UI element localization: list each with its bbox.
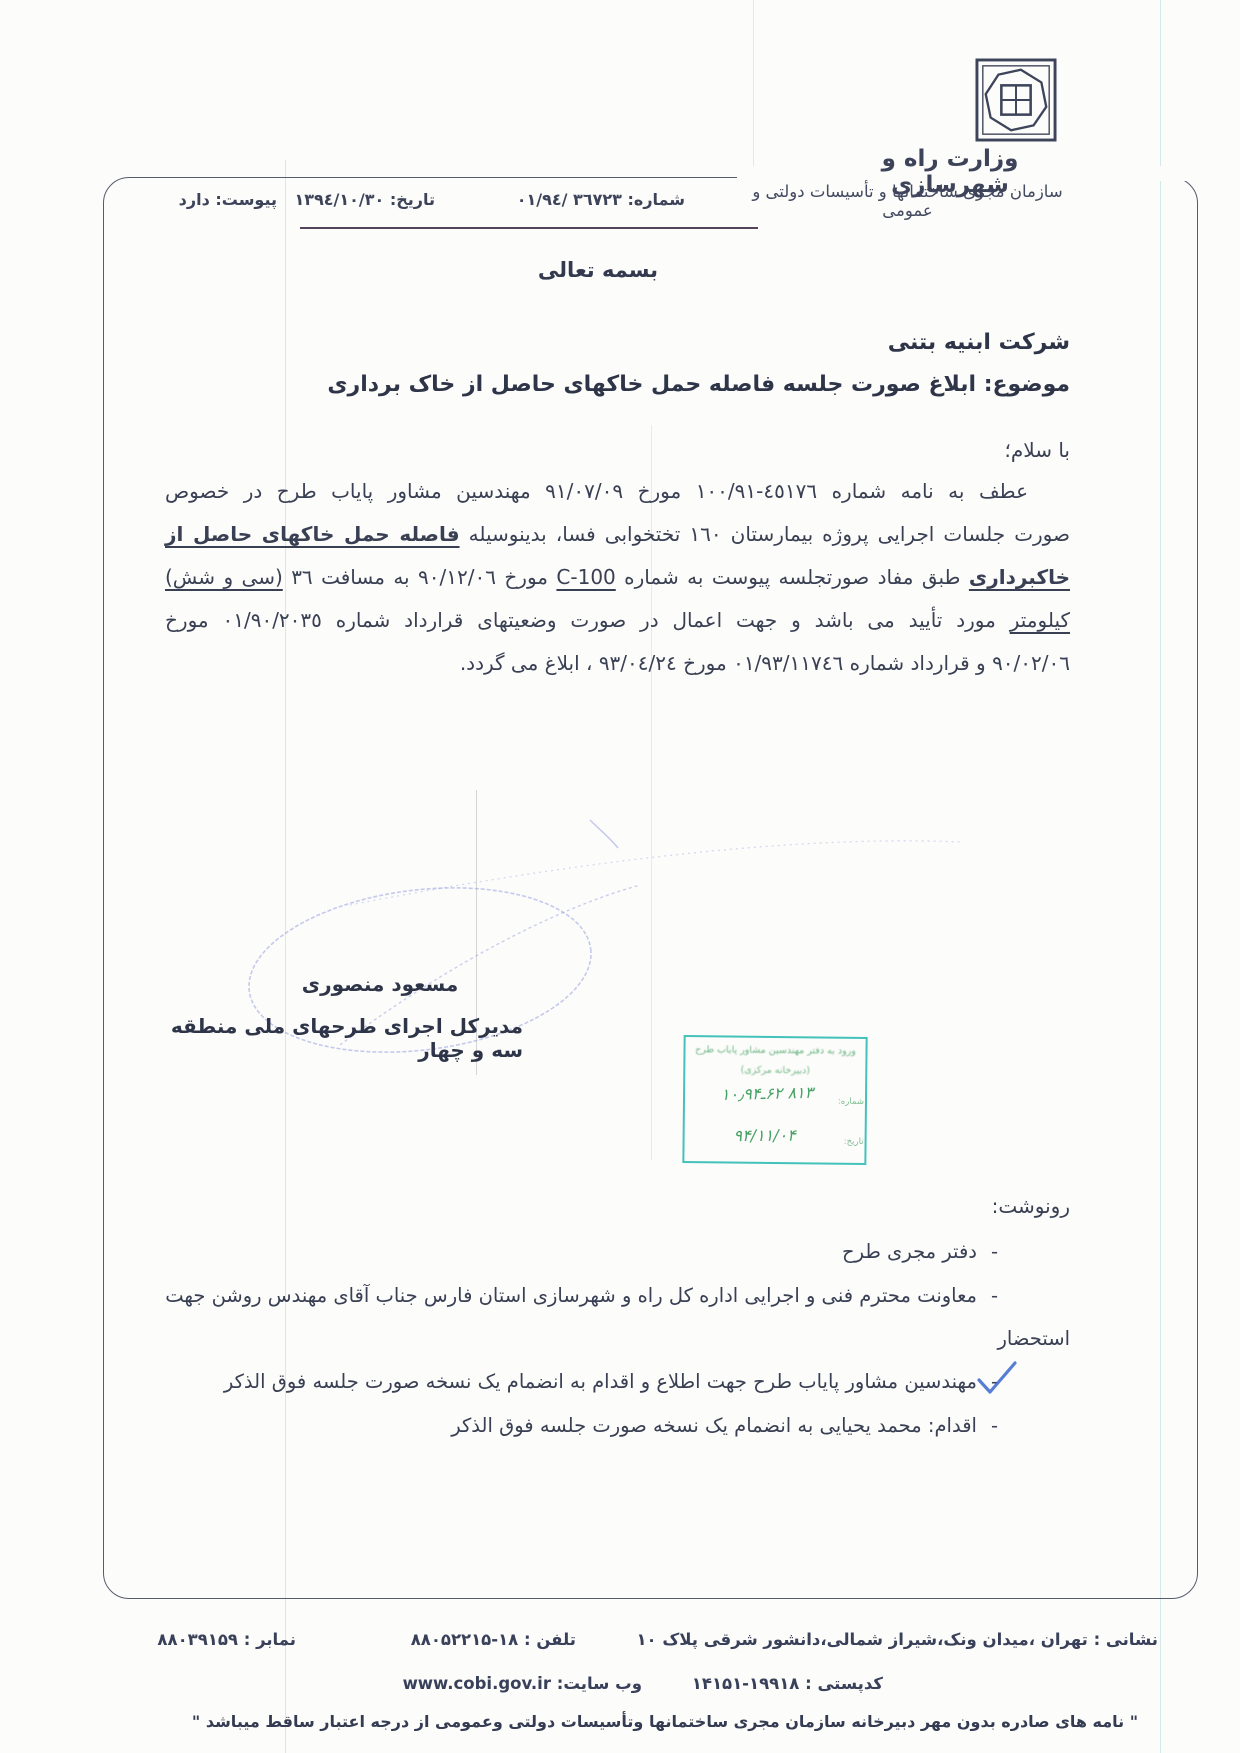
- stamp-number-digits: ۱۰٫۹۴ـ۶۲ ۸۱۳: [721, 1083, 814, 1104]
- body-text: صورت جلسات اجرایی پروژه بیمارستان ١٦٠ تخ…: [460, 522, 1070, 546]
- footer-postal-code: کدپستی : ۱۴۱۵۱-۱۹۹۱۸: [648, 1674, 883, 1693]
- letter-number-field: شماره: ٠١/٩٤/ ٣٦٧٢٣: [520, 190, 685, 209]
- distance-unit: کیلومتر: [1010, 608, 1070, 632]
- footer-fax-value: ۸۸۰۳۹۱۵۹: [157, 1630, 238, 1649]
- cc-item-text: دفتر مجری طرح: [842, 1240, 977, 1263]
- body-emphasis: فاصله حمل خاکهای حاصل از: [165, 522, 460, 546]
- footer-website-label: وب سایت:: [551, 1674, 642, 1693]
- cc-item-text: مهندسین مشاور پایاب طرح جهت اطلاع و اقدا…: [224, 1370, 977, 1393]
- letter-number-label: شماره:: [627, 190, 685, 209]
- cc-item: -دفتر مجری طرح: [140, 1240, 998, 1263]
- body-line: خاکبرداری طبق مفاد صورتجلسه پیوست به شما…: [165, 556, 1070, 599]
- cc-item-text: معاونت محترم فنی و اجرایی اداره کل راه و…: [165, 1284, 977, 1307]
- letter-date-label: تاریخ:: [390, 190, 435, 209]
- body-line: ٩٠/٠٢/٠٦ و قرارداد شماره ٠١/٩٣/١١٧٤٦ مور…: [165, 642, 1070, 685]
- organization-name: سازمان مجری ساختمانها و تأسیسات دولتی و …: [735, 182, 1080, 220]
- stamp-secretariat-line: (دبیرخانه مرکزی): [689, 1064, 861, 1077]
- body-line: عطف به نامه شماره ٤٥١٧٦-١٠٠/٩١ مورخ ٩١/٠…: [165, 470, 1070, 513]
- cc-heading: رونوشت:: [870, 1194, 1070, 1218]
- stamp-office-line: ورود به دفتر مهندسین مشاور پایاب طرح: [689, 1044, 861, 1057]
- body-text: طبق مفاد صورتجلسه پیوست به شماره: [616, 565, 969, 589]
- footer-disclaimer: " نامه های صادره بدون مهر دبیرخانه سازما…: [175, 1712, 1155, 1731]
- body-emphasis: خاکبرداری: [969, 565, 1070, 589]
- receipt-stamp: ورود به دفتر مهندسین مشاور پایاب طرح (دب…: [682, 1035, 867, 1165]
- salutation: با سلام؛: [170, 438, 1070, 462]
- signer-name: مسعود منصوری: [290, 972, 470, 996]
- stamp-date-label: تاریخ:: [844, 1137, 864, 1147]
- cc-item-continuation: استحضار: [770, 1327, 1070, 1350]
- stamp-date-digits: ۹۴/۱۱/۰۴: [733, 1126, 795, 1145]
- ministry-logo-icon: [975, 58, 1057, 142]
- body-text: مورد تأیید می باشد و جهت اعمال در صورت و…: [165, 608, 1010, 632]
- scanned-letter-page: وزارت راه و شهرسازی سازمان مجری ساختمانه…: [0, 0, 1240, 1753]
- attachment-field: پیوست: دارد: [172, 190, 277, 209]
- cc-dash: -: [977, 1284, 998, 1307]
- cc-item: -اقدام: محمد یحیایی به انضمام یک نسخه صو…: [140, 1414, 998, 1437]
- footer-website-url: www.cobi.gov.ir: [403, 1674, 551, 1693]
- stamp-number-value: ۱۰٫۹۴ـ۶۲ ۸۱۳: [691, 1082, 843, 1105]
- scan-crease-line: [753, 0, 754, 177]
- signer-title: مدیرکل اجرای طرحهای ملی منطقه سه و چهار: [158, 1014, 523, 1062]
- body-text: مورخ ٩٠/١٢/٠٦ به مسافت ٣٦: [283, 565, 557, 589]
- letter-number-value: ٠١/٩٤/ ٣٦٧٢٣: [517, 190, 622, 209]
- minutes-code: C-100: [556, 565, 615, 589]
- letter-date-field: تاریخ: ١٣٩٤/١٠/٣٠: [300, 190, 435, 209]
- stamp-date-value: ۹۴/۱۱/۰۴: [705, 1125, 825, 1145]
- cc-item: -مهندسین مشاور پایاب طرح جهت اطلاع و اقد…: [140, 1370, 998, 1393]
- checkmark-icon: [973, 1356, 1021, 1400]
- subject-line: موضوع: ابلاغ صورت جلسه فاصله حمل خاکهای …: [170, 372, 1070, 397]
- besmellah: بسمه تعالی: [0, 258, 1196, 282]
- letter-date-value: ١٣٩٤/١٠/٣٠: [294, 190, 384, 209]
- footer-phone-value: ۸۸۰۵۲۲۱۵-۱۸: [411, 1630, 519, 1649]
- footer-website: وب سایت: www.cobi.gov.ir: [420, 1674, 642, 1693]
- cc-dash: -: [977, 1240, 998, 1263]
- header-underline: [300, 227, 758, 229]
- attachment-label: پیوست:: [215, 190, 277, 209]
- body-paragraph: عطف به نامه شماره ٤٥١٧٦-١٠٠/٩١ مورخ ٩١/٠…: [165, 470, 1070, 685]
- footer-fax: نمابر : ۸۸۰۳۹۱۵۹: [128, 1630, 296, 1649]
- recipient-name: شرکت ابنیه بتنی: [170, 330, 1070, 355]
- distance-words: (سی و شش): [165, 565, 283, 589]
- cc-item-text: اقدام: محمد یحیایی به انضمام یک نسخه صور…: [451, 1414, 977, 1437]
- body-line: کیلومتر مورد تأیید می باشد و جهت اعمال د…: [165, 599, 1070, 642]
- body-line: صورت جلسات اجرایی پروژه بیمارستان ١٦٠ تخ…: [165, 513, 1070, 556]
- footer-phone: تلفن : ۸۸۰۵۲۲۱۵-۱۸: [408, 1630, 576, 1649]
- footer-phone-label: تلفن :: [518, 1630, 576, 1649]
- footer-fax-label: نمابر :: [238, 1630, 296, 1649]
- cc-item: -معاونت محترم فنی و اجرایی اداره کل راه …: [140, 1284, 998, 1307]
- footer-address: نشانی : تهران ،میدان ونک،شیراز شمالی،دان…: [700, 1630, 1158, 1649]
- footer-postal-label: کدپستی :: [799, 1674, 883, 1693]
- footer-postal-value: ۱۴۱۵۱-۱۹۹۱۸: [692, 1674, 800, 1693]
- attachment-value: دارد: [179, 190, 210, 209]
- cc-dash: -: [977, 1414, 998, 1437]
